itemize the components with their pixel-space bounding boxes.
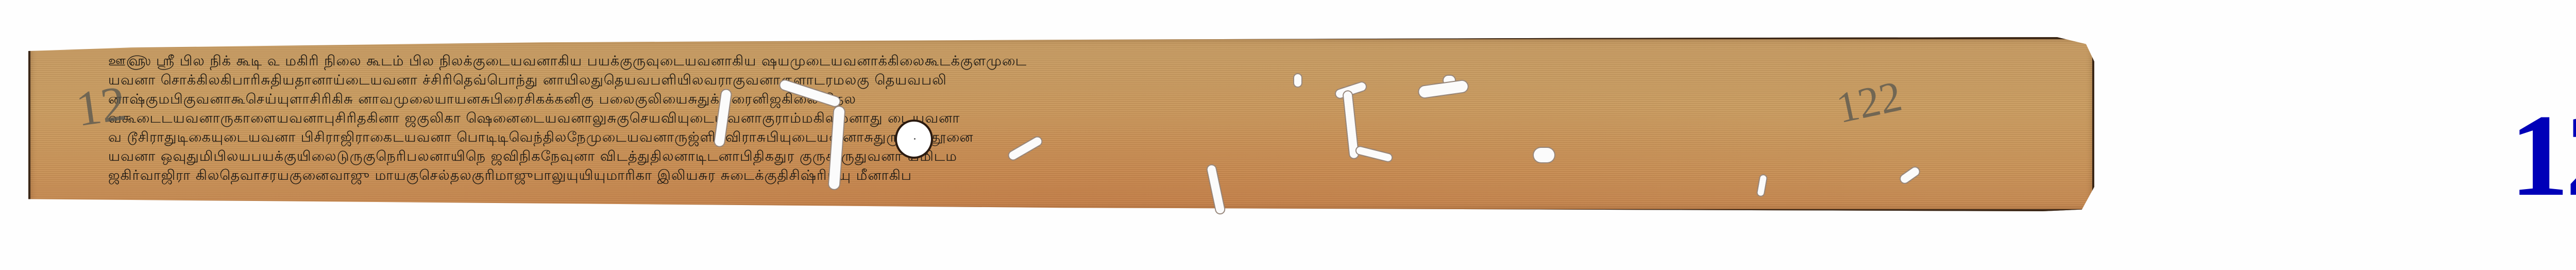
text-line-7: ஜகிர்வாஜிரா கிலதெவாசரயகுனைவாஜு மாயகுசெல்… [108, 166, 2025, 185]
text-line-5: வ டூசிராதுடிகையுடையவனா பிசிராஜிராகைடயவனா… [108, 128, 2025, 147]
insect-damage-9 [1293, 73, 1302, 88]
scanned-page: ஊ௵ ஸ்ரீ பில நிக் கூடி ௳ மகிரி நிலை கூடம்… [0, 0, 2576, 270]
text-line-1: ஊ௵ ஸ்ரீ பில நிக் கூடி ௳ மகிரி நிலை கூடம்… [108, 52, 2025, 71]
manuscript-text: ஊ௵ ஸ்ரீ பில நிக் கூடி ௳ மகிரி நிலை கூடம்… [108, 52, 2025, 185]
string-hole [895, 120, 933, 159]
text-line-3: னாஷ்குமபிகுவனாகூசெய்யுளாசிரிகிசு னாவமுலை… [108, 90, 2025, 109]
pencil-marginalia-left: 12 [73, 74, 130, 138]
text-line-2: யவனா சொக்கிலகிபாரிசுதியதானாய்டையவனா ச்சி… [108, 71, 2025, 90]
text-line-6: யவனா ஒவுதுமிபிலயபயக்குயிலைடுருகுநெரிபலனா… [108, 147, 2025, 166]
hole-speck [914, 138, 916, 140]
text-line-4: வகூடைடயவனாருகாளையவனாபுசிரிதகினா ஜகுலிகா … [108, 109, 2025, 128]
page-number: 122 [2510, 97, 2576, 214]
insect-damage-12 [1533, 147, 1555, 163]
